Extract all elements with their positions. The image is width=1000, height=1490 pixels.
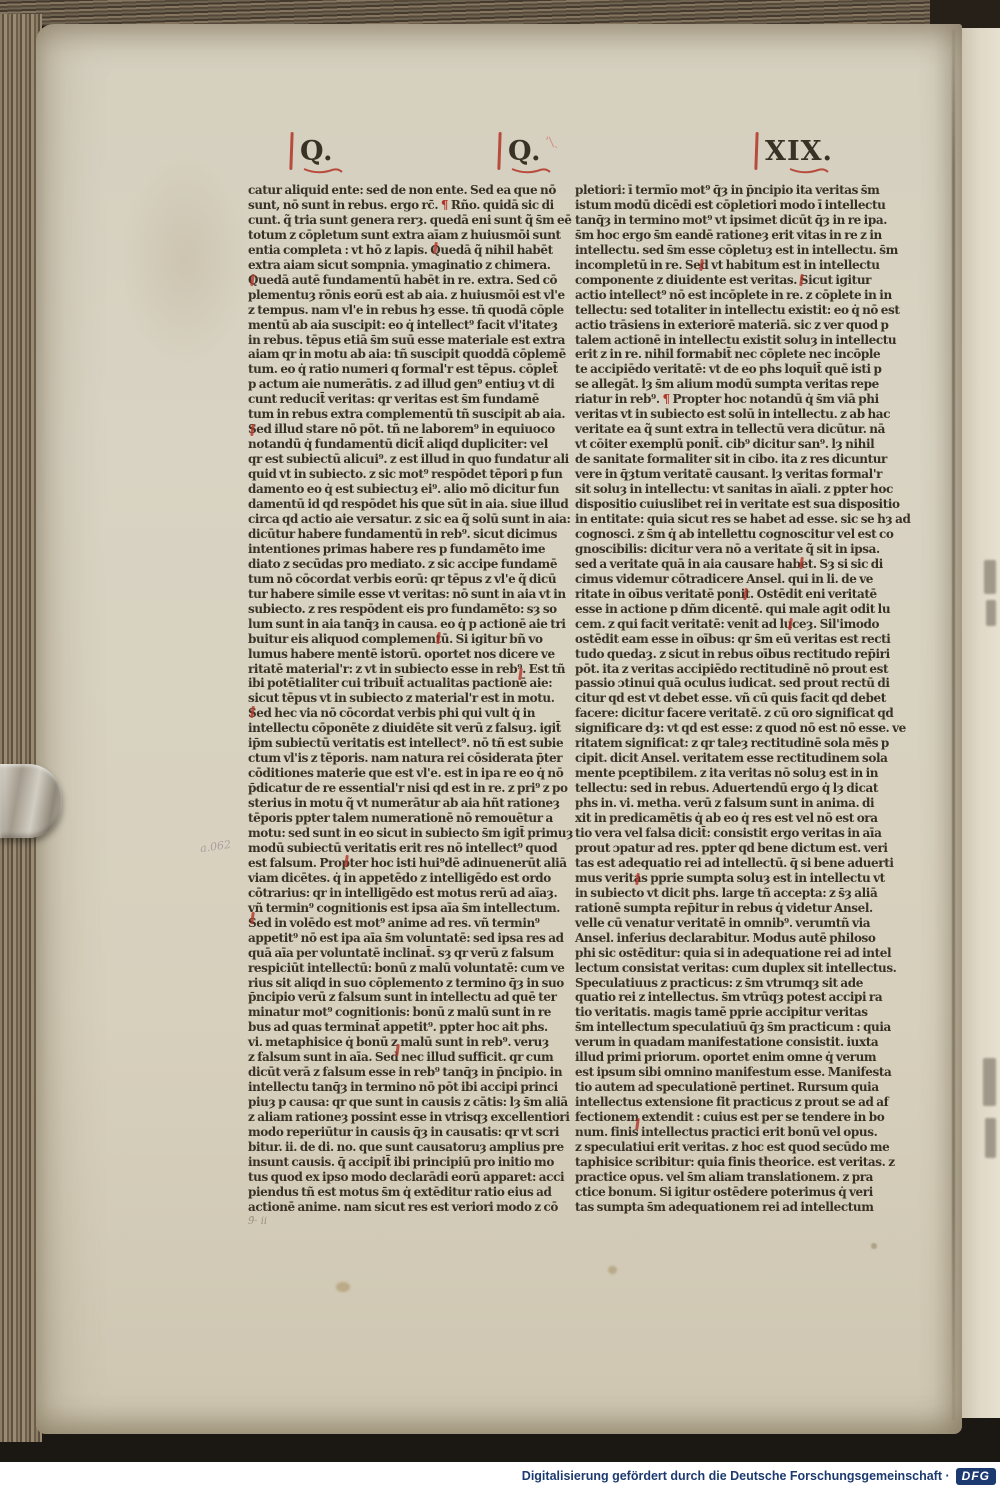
text-line: componente z diuidente est veritas. Sicu… <box>575 273 895 288</box>
text-line: num. finis intellectus practici erit bon… <box>575 1125 895 1140</box>
text-line: quatio rei z intellectus. s̄m vtrūqȝ pot… <box>575 990 895 1005</box>
text-line: tum. eo q̇ ratio numeri q formal'r est t… <box>248 362 570 377</box>
text-line: dicūtur habere fundamentū in reb⁹. sicut… <box>248 527 570 542</box>
text-line: Quedā autē fundamentū habēt in re. extra… <box>248 273 570 288</box>
damp-stain <box>120 150 250 370</box>
text-line: aiam qr in motu ab aia: tñ suscipit quod… <box>248 347 570 362</box>
text-line: sit soluȝ in intellectu: vt sanitas in a… <box>575 482 895 497</box>
stain <box>871 1243 877 1249</box>
text-line: verum in quadam manifestatione consistit… <box>575 1035 895 1050</box>
text-line: tas est adequatio rei ad intellectū. q̄ … <box>575 856 895 871</box>
signature-mark-left: Q. <box>300 136 334 167</box>
text-line: ctice bonum. Si igitur ostēdere poterimu… <box>575 1185 895 1200</box>
text-line: respiciūt intellectū: bonū z malū volunt… <box>248 961 570 976</box>
text-line: plementuȝ rōnis eorū est ab aia. z huius… <box>248 288 570 303</box>
showthrough-text <box>984 560 996 594</box>
showthrough-text <box>983 1058 996 1106</box>
dfg-logo: DFG <box>956 1468 996 1485</box>
text-line: passio ɔtinui quā oculus iudicat. sed pr… <box>575 676 895 691</box>
text-line: pōt. ita z veritas accipiēdo rectitudinē… <box>575 662 895 677</box>
red-ink-smudge: ʼ\ˏ <box>544 133 558 150</box>
text-line: actionē anime. nam sicut res est veriori… <box>248 1200 570 1215</box>
stain <box>336 1282 350 1292</box>
text-line: lum sunt in aia tanq̄ȝ in causa. eo q̇ p… <box>248 617 570 632</box>
text-line: istum modū dicēdi est cōpletiori modo ī … <box>575 198 895 213</box>
text-line: tēporis ppter talem numerationē nō remou… <box>248 811 570 826</box>
text-line: s̄m intellectum speculatiuū q̄ȝ s̄m prac… <box>575 1020 895 1035</box>
text-line: bus ad quas terminat̄ appetit⁹. ppter ho… <box>248 1020 570 1035</box>
text-line: dicūt verā z falsum esse in reb⁹ tanq̄ȝ … <box>248 1065 570 1080</box>
text-line: prout ɔpatur ad res. ppter qd bene dictu… <box>575 841 895 856</box>
text-line: ctum vl'is z tēporis. nam natura rei cōs… <box>248 751 570 766</box>
text-line: ritate in oībus veritatē ponit. Ostēdit … <box>575 587 895 602</box>
text-line: actio intellect⁹ nō est incōplete in re.… <box>575 288 895 303</box>
text-line: cunt reducit̄ veritas: qr veritas est s̄… <box>248 392 570 407</box>
text-line: phs in. vi. metha. verū z falsum sunt in… <box>575 796 895 811</box>
text-line: Speculatiuus z practicus: z s̄m vtrumqȝ … <box>575 976 895 991</box>
book-top-edge <box>0 0 960 26</box>
text-line: tio vera vel falsa dicit̄: consistit erg… <box>575 826 895 841</box>
pilcrow-mark: ¶ <box>662 392 669 406</box>
credit-bar: Digitalisierung gefördert durch die Deut… <box>0 1462 1000 1490</box>
text-line: taphisice scribitur: quia finis theorice… <box>575 1155 895 1170</box>
text-line: totum z cōpletum sunt extra aīam z huius… <box>248 228 570 243</box>
text-line: est falsum. Propter hoc isti hui⁹dē adin… <box>248 856 570 871</box>
rubric-flourish-icon <box>510 166 552 176</box>
text-line: vñ termin⁹ cognitionis est ipsa aīa s̄m … <box>248 901 570 916</box>
text-line: piendus tñ est motus s̄m q̇ extēditur ra… <box>248 1185 570 1200</box>
text-line: tus quod ex ipso modo declarādi eorū app… <box>248 1170 570 1185</box>
text-line: esse in actione p dñm dicentē. qui male … <box>575 602 895 617</box>
text-line: in rebus. tēpus etiā s̄m suū esse materi… <box>248 333 570 348</box>
text-line: cōditiones materie que est vl'e. est in … <box>248 766 570 781</box>
text-line: practice opus. vel s̄m aliam translation… <box>575 1170 895 1185</box>
text-line: cimus videmur cōtradicere Ansel. qui in … <box>575 572 895 587</box>
text-line: entia completa : vt hō z lapis. Quedā q̃… <box>248 243 570 258</box>
text-line: veritas vt in subiecto est solū in intel… <box>575 407 895 422</box>
text-line: in subiecto vt dicit phs. large tñ accep… <box>575 886 895 901</box>
text-line: est ipsum sibi omnino manifestum esse. M… <box>575 1065 895 1080</box>
text-line: mentū ab aia suscipit: eo q̇ intellect⁹ … <box>248 318 570 333</box>
text-line: actio trāsiens in exteriorē materiā. sic… <box>575 318 895 333</box>
text-line: erit z in re. nihil formabit̄ nec cōplet… <box>575 347 895 362</box>
text-line: phi sic ostēditur: quia si in adequation… <box>575 946 895 961</box>
text-line: minatur mot⁹ cognitionis: bonū z malū su… <box>248 1005 570 1020</box>
text-line: intellectus extensione fit practicus z p… <box>575 1095 895 1110</box>
text-line: tanq̄ȝ in termino mot⁹ vt ipsimet dicūt … <box>575 213 895 228</box>
text-line: s̄m hoc ergo s̄m eandē rationeȝ erit vit… <box>575 228 895 243</box>
text-line: tas sumpta s̄m adequationem rei ad intel… <box>575 1200 895 1215</box>
text-line: p̄dicatur de re essential'r nisi qd est … <box>248 781 570 796</box>
text-line: rius sit aliqd in suo cōplemento z termi… <box>248 976 570 991</box>
text-line: intellectu tanq̄ȝ in termino nō pōt ibi … <box>248 1080 570 1095</box>
rubric-flourish-icon <box>302 166 344 176</box>
text-line: viam dicētes. q̇ in appetēdo z intelligē… <box>248 871 570 886</box>
text-line: talem actionē in intellectu existit solu… <box>575 333 895 348</box>
stain <box>608 1266 617 1274</box>
text-line: p̄ncipio verū z falsum sunt in intellect… <box>248 990 570 1005</box>
text-line: de sanitate formaliter sit in cibo. ita … <box>575 452 895 467</box>
text-line: p actum aie numerātis. z ad illud gen⁹ e… <box>248 377 570 392</box>
text-line: intellectu. sed s̄m esse cōpletuȝ est in… <box>575 243 895 258</box>
text-line: tellectu: sed in rebus. Aduertendū ergo … <box>575 781 895 796</box>
text-line: cōtrarius: qr in intelligēdo est motus r… <box>248 886 570 901</box>
text-line: quid vt in subiecto. z sic mot⁹ respōdet… <box>248 467 570 482</box>
text-line: in entitate: quia sicut res se habet ad … <box>575 512 895 527</box>
text-line: catur aliquid ente: sed de non ente. Sed… <box>248 183 570 198</box>
text-line: veritate ea q̃ sunt extra in tellectū ve… <box>575 422 895 437</box>
folio-number: XIX. <box>765 136 833 167</box>
rubric-flourish-icon <box>785 166 833 176</box>
text-column-left: catur aliquid ente: sed de non ente. Sed… <box>248 183 570 1215</box>
text-line: rationē sumpta rep̄itur in rebus q̇ vide… <box>575 901 895 916</box>
text-line: subiecto. z res respōdent eis pro fundam… <box>248 602 570 617</box>
showthrough-text <box>986 600 996 626</box>
text-line: intellectu cōponēte z diuidēte sit verū … <box>248 721 570 736</box>
text-line: lumus habere mentē istorū. oportet nos d… <box>248 647 570 662</box>
text-line: cipit. dicit Ansel. veritatem esse recti… <box>575 751 895 766</box>
text-line: mus veritas pprie sumpta soluȝ est in in… <box>575 871 895 886</box>
text-line: tur habere simile esse vt veritas: nō su… <box>248 587 570 602</box>
text-line: incompletū in re. Sed vt habitum est in … <box>575 258 895 273</box>
signature-label: Q. <box>508 136 542 167</box>
text-line: vt cōiter exemplū ponit̄. cib⁹ dicitur s… <box>575 437 895 452</box>
text-line: quā aīa per voluntatē inclinat̄. sȝ qr v… <box>248 946 570 961</box>
showthrough-text <box>985 1118 996 1158</box>
facing-page-sliver <box>962 28 1000 1418</box>
text-line: sterius in motu q̃ vt numerātur ab aia h… <box>248 796 570 811</box>
text-line: citur qd est vt debet esse. vñ cū quis f… <box>575 691 895 706</box>
text-line: tio veritatis. magis tamē pprie accipitu… <box>575 1005 895 1020</box>
text-line: facere: dicitur facere veritatē. z cū or… <box>575 706 895 721</box>
text-line: sicut tēpus vt in subiecto z material'r … <box>248 691 570 706</box>
signature-mark-center: Q. <box>508 136 542 167</box>
text-line: ostēdit eam esse in oībus: qr s̄m eū ver… <box>575 632 895 647</box>
text-line: lectum consistat veritas: cum duplex sit… <box>575 961 895 976</box>
text-line: cem. z qui facit veritatē: venit ad luce… <box>575 617 895 632</box>
text-line: appetit⁹ nō est ipa aīa s̄m voluntatē: s… <box>248 931 570 946</box>
ink-marginal-note: 9̄· ii <box>248 1216 267 1227</box>
text-line: mente pceptibilem. z ita veritas nō solu… <box>575 766 895 781</box>
text-line: cunt. q̃ tria sunt genera rerȝ. quedā en… <box>248 213 570 228</box>
text-line: circa qd actio aie versatur. z sic ea q̃… <box>248 512 570 527</box>
text-line: significare dȝ: vt qd est esse: z quod n… <box>575 721 895 736</box>
text-line: notandū q̇ fundamentū dicit̄ aliqd dupli… <box>248 437 570 452</box>
text-line: diato z secūdas pro mediato. z sic accip… <box>248 557 570 572</box>
credit-text: Digitalisierung gefördert durch die Deut… <box>522 1469 950 1483</box>
text-line: tudo quedaȝ. z sicut in rebus oībus rect… <box>575 647 895 662</box>
text-line: vere in q̄ȝtum veritatē causant. lȝ veri… <box>575 467 895 482</box>
text-line: z tempus. nam vl'e in rebus hȝ esse. tñ … <box>248 303 570 318</box>
text-line: bitur. ii. de di. no. que sunt causatoru… <box>248 1140 570 1155</box>
gutter-crease <box>952 30 955 1420</box>
text-line: z speculatiui erit veritas. z hoc est qu… <box>575 1140 895 1155</box>
text-line: sunt, nō sunt in rebus. ergo rc̄. ¶ Rño.… <box>248 198 570 213</box>
text-line: damento eo q̇ est subiectuȝ ei⁹. alio mō… <box>248 482 570 497</box>
text-line: Ansel. inferius declarabitur. Modus autē… <box>575 931 895 946</box>
text-line: modū subiectū veritatis erit res nō inte… <box>248 841 570 856</box>
text-line: se allegāt. lȝ s̄m alium modū sumpta ver… <box>575 377 895 392</box>
text-line: riatur in reb⁹. ¶ Propter hoc notandū q̇… <box>575 392 895 407</box>
text-line: z aliam rationeȝ possint esse in vtrisqȝ… <box>248 1110 570 1125</box>
text-line: pletiori: ī termīo mot⁹ q̄ȝ in p̄ncipio … <box>575 183 895 198</box>
signature-label: Q. <box>300 136 334 167</box>
text-line: tum in rebus extra complementū tñ suscip… <box>248 407 570 422</box>
text-line: illud primi priorum. oportet enim omne q… <box>575 1050 895 1065</box>
text-line: tio autem ad speculationē pertinet. Rurs… <box>575 1080 895 1095</box>
text-line: ip̄m subiectū veritatis est intellect⁹. … <box>248 736 570 751</box>
text-line: vi. metaphisice q̇ bonū z malū sunt in r… <box>248 1035 570 1050</box>
text-line: ritatem significat: z qr taleȝ rectitudi… <box>575 736 895 751</box>
text-line: ibi potētialiter cui tribuit̄ actualitas… <box>248 676 570 691</box>
text-line: motu: sed sunt in eo sicut in subiecto s… <box>248 826 570 841</box>
text-column-right: pletiori: ī termīo mot⁹ q̄ȝ in p̄ncipio … <box>575 183 895 1215</box>
text-line: cognosci. z s̄m q̇ ab intellettu cognosc… <box>575 527 895 542</box>
text-line: tellectu: sed totaliter in intellectu ex… <box>575 303 895 318</box>
text-line: qr est subiectū alicui⁹. z est illud in … <box>248 452 570 467</box>
page-clip <box>0 764 62 838</box>
text-line: xit in predicamētis q̇ ab eo q̇ res est … <box>575 811 895 826</box>
text-line: damentū id qd respōdet his que sūt in ai… <box>248 497 570 512</box>
text-line: insunt causis. q̄ accipit̄ ibi principiū… <box>248 1155 570 1170</box>
folio-label: XIX. <box>765 136 833 167</box>
text-line: sed a veritate quā in aia causare habet.… <box>575 557 895 572</box>
text-line: fectionem extendit : cuius est per se te… <box>575 1110 895 1125</box>
text-line: buitur eis aliquod complementū. Si igitu… <box>248 632 570 647</box>
text-line: gnoscibilis: dicitur vera nō a veritate … <box>575 542 895 557</box>
text-line: tum nō cōcordat verbis eorū: qr tēpus z … <box>248 572 570 587</box>
text-line: velle cū venatur veritatē in omnib⁹. ver… <box>575 916 895 931</box>
pilcrow-mark: ¶ <box>441 198 448 212</box>
text-line: intentiones primas habere res p fundamēt… <box>248 542 570 557</box>
text-line: te accipiēdo veritatē: vt de eo phs loqu… <box>575 362 895 377</box>
text-line: extra aiam sicut sompnia. ymaginatio z c… <box>248 258 570 273</box>
text-line: Sed hec via nō cōcordat verbis phi qui v… <box>248 706 570 721</box>
text-line: Sed illud stare nō pōt. tñ ne laborem⁹ i… <box>248 422 570 437</box>
text-line: piuȝ p causa: qr que sunt in causis z cā… <box>248 1095 570 1110</box>
text-line: z falsum sunt in aīa. Sed nec illud suff… <box>248 1050 570 1065</box>
book-scan: Q. Q. ʼ\ˏ XIX. catur aliquid ente: sed d… <box>0 0 1000 1462</box>
text-line: Sed in volēdo est mot⁹ anime ad res. vñ … <box>248 916 570 931</box>
text-line: dispositio cuiuslibet rei in veritate es… <box>575 497 895 512</box>
text-line: modo reperiūtur in causis q̄ȝ in causati… <box>248 1125 570 1140</box>
